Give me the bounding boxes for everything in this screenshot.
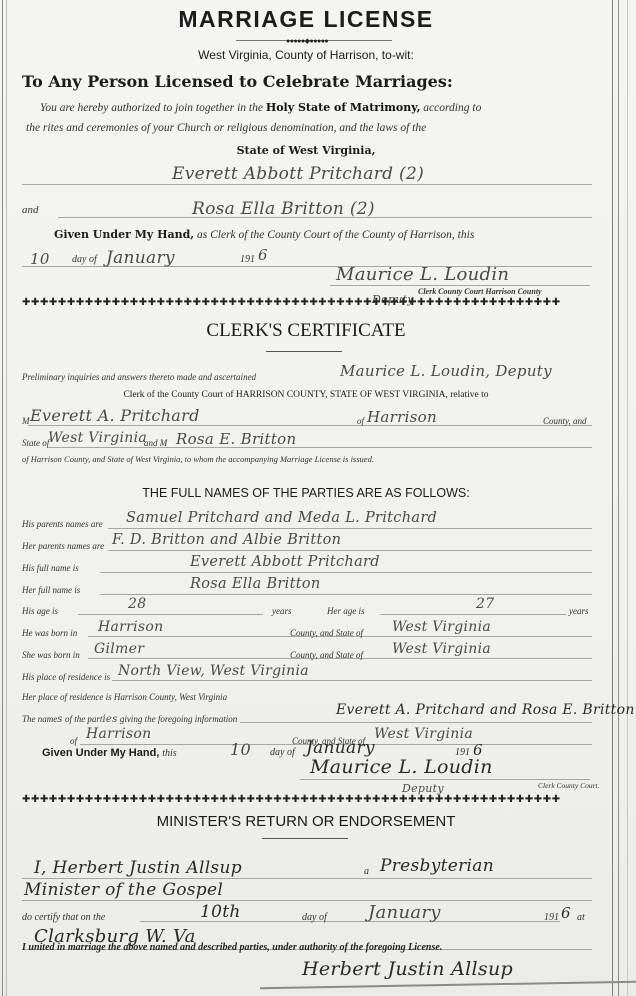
given-under-hand-line: Given Under My Hand, as Clerk of the Cou… — [54, 228, 474, 241]
license-month: January — [106, 248, 175, 268]
bottom-edge-line — [260, 981, 636, 990]
authorization-line-1: You are hereby authorized to join togeth… — [40, 101, 481, 114]
license-day-of-label: day of — [72, 254, 97, 265]
minister-day-of-label: day of — [302, 912, 327, 923]
minister-month: January — [368, 902, 441, 923]
authorization-text-part2: according to — [423, 102, 481, 114]
given-under-hand-bold: Given Under My Hand, — [54, 228, 194, 241]
he-born-state: West Virginia — [392, 619, 491, 635]
authorization-text-part1: You are hereby authorized to join togeth… — [40, 102, 263, 114]
document-title: MARRIAGE LICENSE — [0, 6, 612, 33]
minister-signature: Herbert Justin Allsup — [302, 958, 513, 980]
informant-line: The names of the parties giving the fore… — [22, 714, 237, 725]
denomination: Presbyterian — [380, 856, 494, 876]
holy-state-text: Holy State of Matrimony, — [266, 101, 421, 114]
minister-name: Herbert Justin Allsup — [52, 858, 241, 878]
parties-heading: THE FULL NAMES OF THE PARTIES ARE AS FOL… — [0, 486, 612, 500]
his-age-line — [78, 614, 263, 615]
given-this-label: this — [162, 748, 176, 759]
license-day: 10 — [30, 250, 50, 268]
informant-label-b: of the part — [65, 714, 103, 724]
his-age-label: His age is — [22, 606, 58, 616]
he-born-county: Harrison — [98, 619, 163, 635]
her-age-label: Her age is — [327, 606, 365, 616]
clerk-signature: Maurice L. Loudin — [336, 264, 509, 285]
groom-cert-line — [28, 425, 592, 426]
minister-a-label: a — [364, 866, 369, 877]
clerk-signature-line-2 — [300, 779, 590, 780]
marriage-license-document: MARRIAGE LICENSE ●●●●●◆●●●●● West Virgin… — [0, 0, 636, 996]
his-residence-label: His place of residence is — [22, 672, 110, 682]
given-day-of-label: day of — [270, 747, 295, 758]
certificate-footer-line: of Harrison County, and State of West Vi… — [22, 454, 374, 464]
his-residence-line — [112, 680, 592, 681]
groom-line — [22, 184, 592, 185]
informant-s: s — [57, 714, 62, 725]
county-and-label: County, and — [543, 416, 587, 426]
and-m-label: and M — [144, 438, 167, 448]
his-parents-line — [108, 528, 592, 529]
license-year-suffix: 6 — [258, 246, 268, 264]
clerk-line: Clerk of the County Court of HARRISON CO… — [0, 390, 612, 400]
her-age: 27 — [476, 596, 494, 612]
minister-year-suffix: 6 — [561, 904, 571, 922]
preliminary-label: Preliminary inquiries and answers theret… — [22, 372, 256, 382]
and-label: and — [22, 204, 39, 216]
he-born-label: He was born in — [22, 628, 77, 638]
his-age: 28 — [128, 596, 146, 612]
his-parents-label: His parents names are — [22, 519, 103, 529]
his-full-name: Everett Abbott Pritchard — [190, 554, 380, 570]
clerk-title: Clerk County Court Harrison County — [418, 287, 542, 296]
her-full-name: Rosa Ella Britton — [190, 576, 321, 592]
his-full-name-line — [100, 572, 592, 573]
united-text: I united in marriage the above named and… — [22, 942, 442, 953]
minister-name-row: I, Herbert Justin Allsup — [34, 858, 242, 878]
cert-groom-county: Harrison — [367, 408, 437, 426]
cert-groom-state: West Virginia — [48, 430, 147, 446]
her-parents-line — [108, 550, 592, 551]
she-born-county: Gilmer — [94, 641, 144, 657]
bride-name: Rosa Ella Britton (2) — [192, 199, 375, 219]
informant-county: Harrison — [86, 726, 151, 742]
she-county-state-label: County, and State of — [290, 650, 363, 660]
license-year-prefix: 191 — [240, 254, 255, 265]
she-born-state: West Virginia — [392, 641, 491, 657]
he-county-state-label: County, and State of — [290, 628, 363, 638]
state-label: State of — [22, 438, 49, 448]
informant-label-a: The name — [22, 714, 57, 724]
given-under-hand-2: Given Under My Hand, this — [42, 747, 177, 759]
cert-bride: Rosa E. Britton — [176, 430, 296, 448]
informant-names: Everett A. Pritchard and Rosa E. Britton — [336, 702, 635, 718]
ornamental-divider-1: ✚✚✚✚✚✚✚✚✚✚✚✚✚✚✚✚✚✚✚✚✚✚✚✚✚✚✚✚✚✚✚✚✚✚✚✚✚✚✚✚… — [22, 297, 594, 309]
mr-label: M — [22, 416, 30, 426]
right-border-outer — [627, 0, 628, 996]
her-parents-label: Her parents names are — [22, 541, 104, 551]
certify-label: do certify that on the — [22, 912, 105, 923]
groom-name: Everett Abbott Pritchard (2) — [172, 164, 424, 184]
state-of-west-virginia: State of West Virginia, — [0, 144, 612, 157]
she-born-label: She was born in — [22, 650, 80, 660]
minister-day: 10th — [200, 902, 241, 922]
clerks-certificate-heading: CLERK'S CERTIFICATE — [0, 320, 612, 342]
minister-year-prefix: 191 — [544, 912, 559, 923]
informant-names-line — [240, 722, 592, 723]
state-cert-line — [48, 447, 592, 448]
his-years-label: years — [272, 606, 292, 616]
clerk-title-2: Clerk County Court. — [538, 781, 599, 790]
preliminary-by: Maurice L. Loudin, Deputy — [340, 362, 552, 380]
given-month: January — [306, 738, 375, 758]
minister-title-line — [22, 900, 592, 901]
authorization-line-2: the rites and ceremonies of your Church … — [26, 122, 426, 134]
of-label: of — [357, 416, 364, 426]
clerk-signature-2: Maurice L. Loudin — [310, 756, 493, 778]
his-residence: North View, West Virginia — [118, 663, 309, 679]
informant-of-label: of — [70, 736, 77, 746]
informant-state: West Virginia — [374, 726, 473, 742]
his-parents: Samuel Pritchard and Meda L. Pritchard — [126, 510, 437, 526]
salutation: To Any Person Licensed to Celebrate Marr… — [22, 72, 453, 91]
cert-groom: Everett A. Pritchard — [30, 406, 200, 425]
her-age-line — [380, 614, 566, 615]
her-full-name-label: Her full name is — [22, 585, 80, 595]
her-residence-label: Her place of residence is Harrison Count… — [22, 692, 227, 702]
her-parents: F. D. Britton and Albie Britton — [112, 532, 341, 548]
given-day: 10 — [230, 740, 251, 759]
title-ornament: ●●●●●◆●●●●● — [236, 40, 392, 43]
minister-name-line — [22, 878, 592, 879]
minister-at-label: at — [577, 912, 585, 923]
minister-title: Minister of the Gospel — [24, 880, 223, 900]
right-border — [612, 0, 619, 996]
informant-ies: ies — [102, 714, 117, 725]
ornamental-divider-2: ✚✚✚✚✚✚✚✚✚✚✚✚✚✚✚✚✚✚✚✚✚✚✚✚✚✚✚✚✚✚✚✚✚✚✚✚✚✚✚✚… — [22, 794, 594, 806]
her-years-label: years — [569, 606, 589, 616]
given-under-hand-2-bold: Given Under My Hand, — [42, 747, 159, 759]
minister-i-label: I, — [34, 858, 47, 878]
jurisdiction-line: West Virginia, County of Harrison, to-wi… — [0, 48, 612, 62]
minister-ornament — [262, 838, 348, 839]
given-under-hand-rest: as Clerk of the County Court of the Coun… — [197, 229, 474, 241]
clerk-signature-line — [330, 285, 590, 286]
her-full-name-line — [100, 594, 592, 595]
informant-label-c: giving the foregoing information — [120, 714, 237, 724]
ministers-return-heading: MINISTER'S RETURN OR ENDORSEMENT — [0, 813, 612, 830]
certificate-ornament — [266, 351, 342, 352]
his-full-name-label: His full name is — [22, 563, 79, 573]
